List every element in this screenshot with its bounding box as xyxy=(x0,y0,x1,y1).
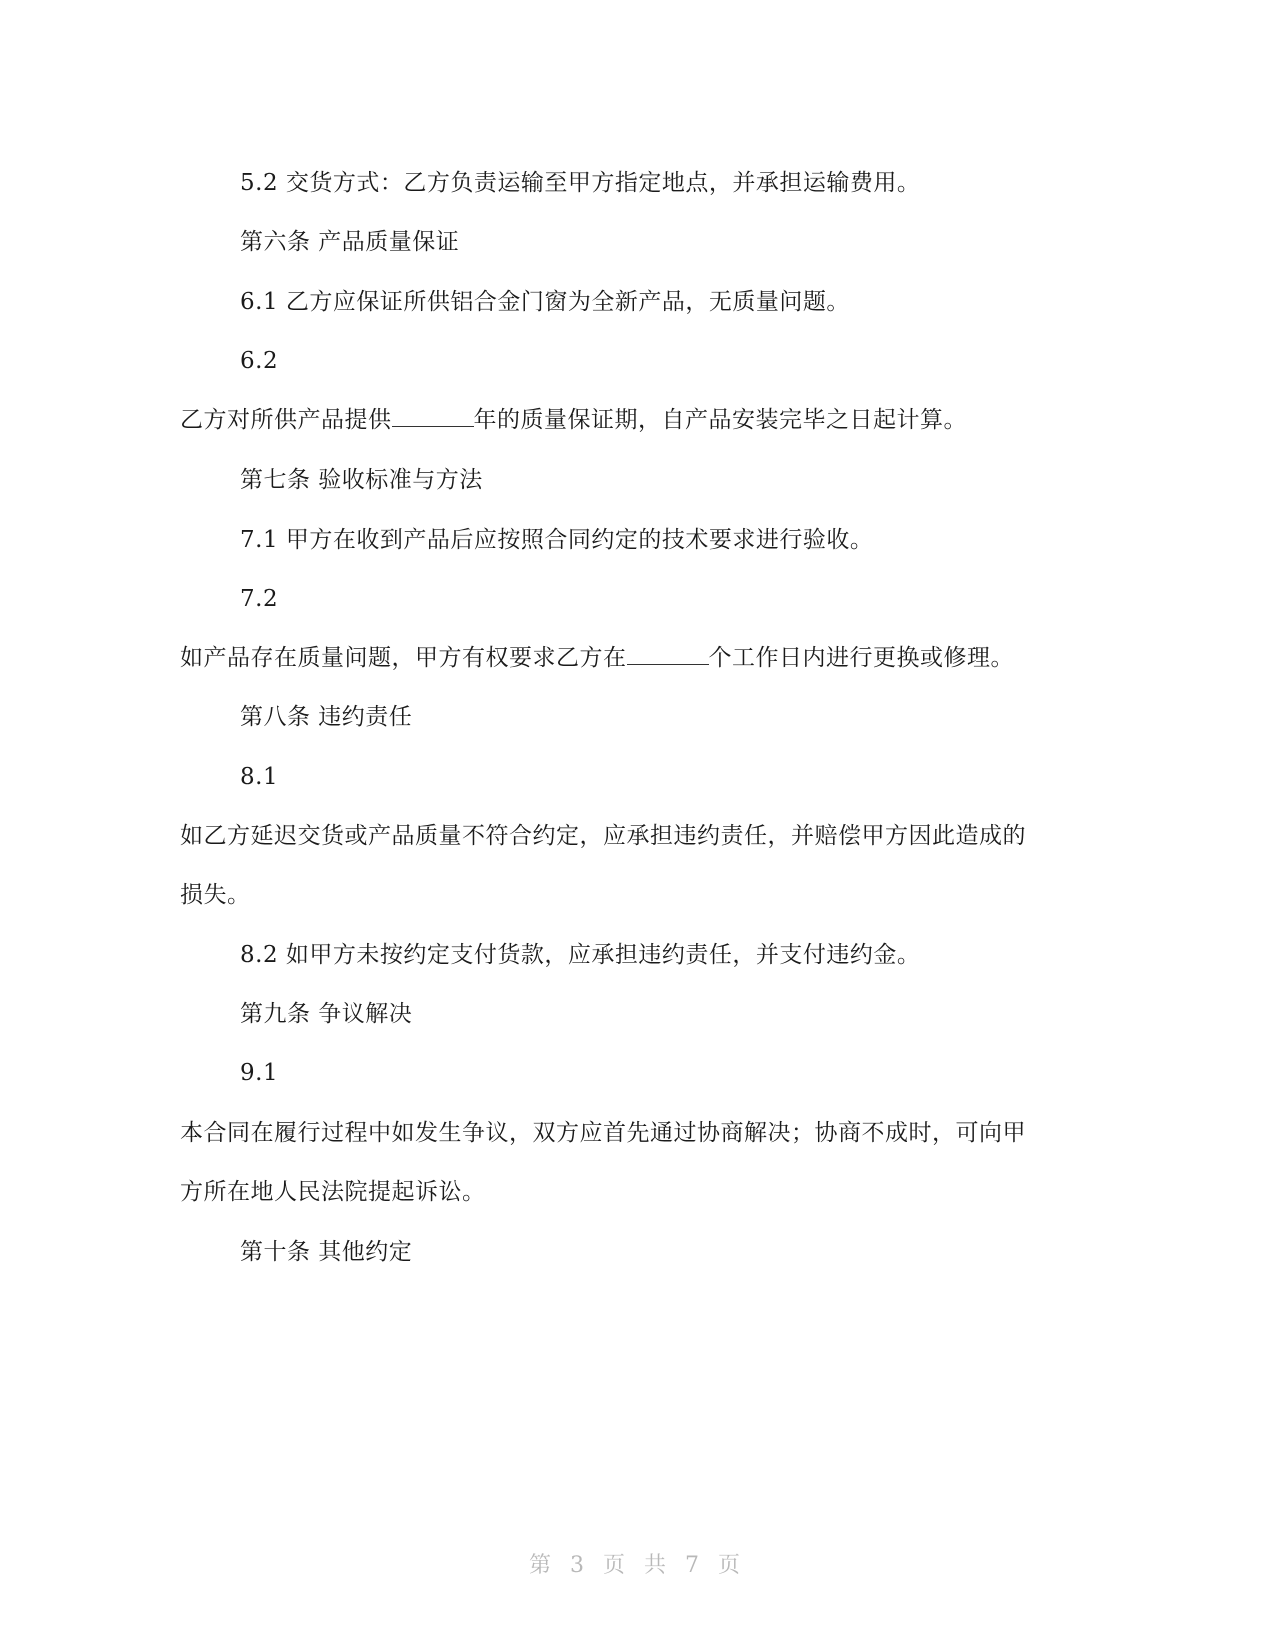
clause-9-1-body-line-1: 本合同在履行过程中如发生争议，双方应首先通过协商解决；协商不成时，可向甲 xyxy=(180,1119,1026,1147)
clause-7-2-text-before: 如产品存在质量问题，甲方有权要求乙方在 xyxy=(180,645,627,671)
clause-6-1: 6.1 乙方应保证所供铝合金门窗为全新产品，无质量问题。 xyxy=(240,288,850,316)
clause-8-1-number: 8.1 xyxy=(240,763,278,791)
clause-7-2-number: 7.2 xyxy=(240,585,278,613)
article-7-heading: 第七条 验收标准与方法 xyxy=(240,466,483,494)
article-6-heading: 第六条 产品质量保证 xyxy=(240,228,459,256)
article-10-heading: 第十条 其他约定 xyxy=(240,1238,412,1266)
clause-7-1: 7.1 甲方在收到产品后应按照合同约定的技术要求进行验收。 xyxy=(240,526,873,554)
clause-9-1-body-line-2: 方所在地人民法院提起诉讼。 xyxy=(180,1178,486,1206)
clause-7-2-body: 如产品存在质量问题，甲方有权要求乙方在个工作日内进行更换或修理。 xyxy=(180,644,1014,672)
clause-6-2-body: 乙方对所供产品提供年的质量保证期，自产品安装完毕之日起计算。 xyxy=(180,406,967,434)
clause-7-2-text-after: 个工作日内进行更换或修理。 xyxy=(709,645,1015,671)
clause-6-2-text-before: 乙方对所供产品提供 xyxy=(180,407,392,433)
page-number-footer: 第 3 页 共 7 页 xyxy=(0,1548,1275,1579)
clause-6-2-number: 6.2 xyxy=(240,347,278,375)
warranty-years-blank xyxy=(392,406,474,427)
clause-6-2-text-after: 年的质量保证期，自产品安装完毕之日起计算。 xyxy=(474,407,968,433)
article-8-heading: 第八条 违约责任 xyxy=(240,703,412,731)
clause-5-2: 5.2 交货方式：乙方负责运输至甲方指定地点，并承担运输费用。 xyxy=(240,169,920,197)
document-page: 5.2 交货方式：乙方负责运输至甲方指定地点，并承担运输费用。 第六条 产品质量… xyxy=(0,0,1275,1650)
clause-8-2: 8.2 如甲方未按约定支付货款，应承担违约责任，并支付违约金。 xyxy=(240,941,920,969)
clause-8-1-body-line-2: 损失。 xyxy=(180,881,251,909)
repair-days-blank xyxy=(627,644,709,665)
article-9-heading: 第九条 争议解决 xyxy=(240,1000,412,1028)
clause-9-1-number: 9.1 xyxy=(240,1059,278,1087)
clause-8-1-body-line-1: 如乙方延迟交货或产品质量不符合约定，应承担违约责任，并赔偿甲方因此造成的 xyxy=(180,822,1026,850)
